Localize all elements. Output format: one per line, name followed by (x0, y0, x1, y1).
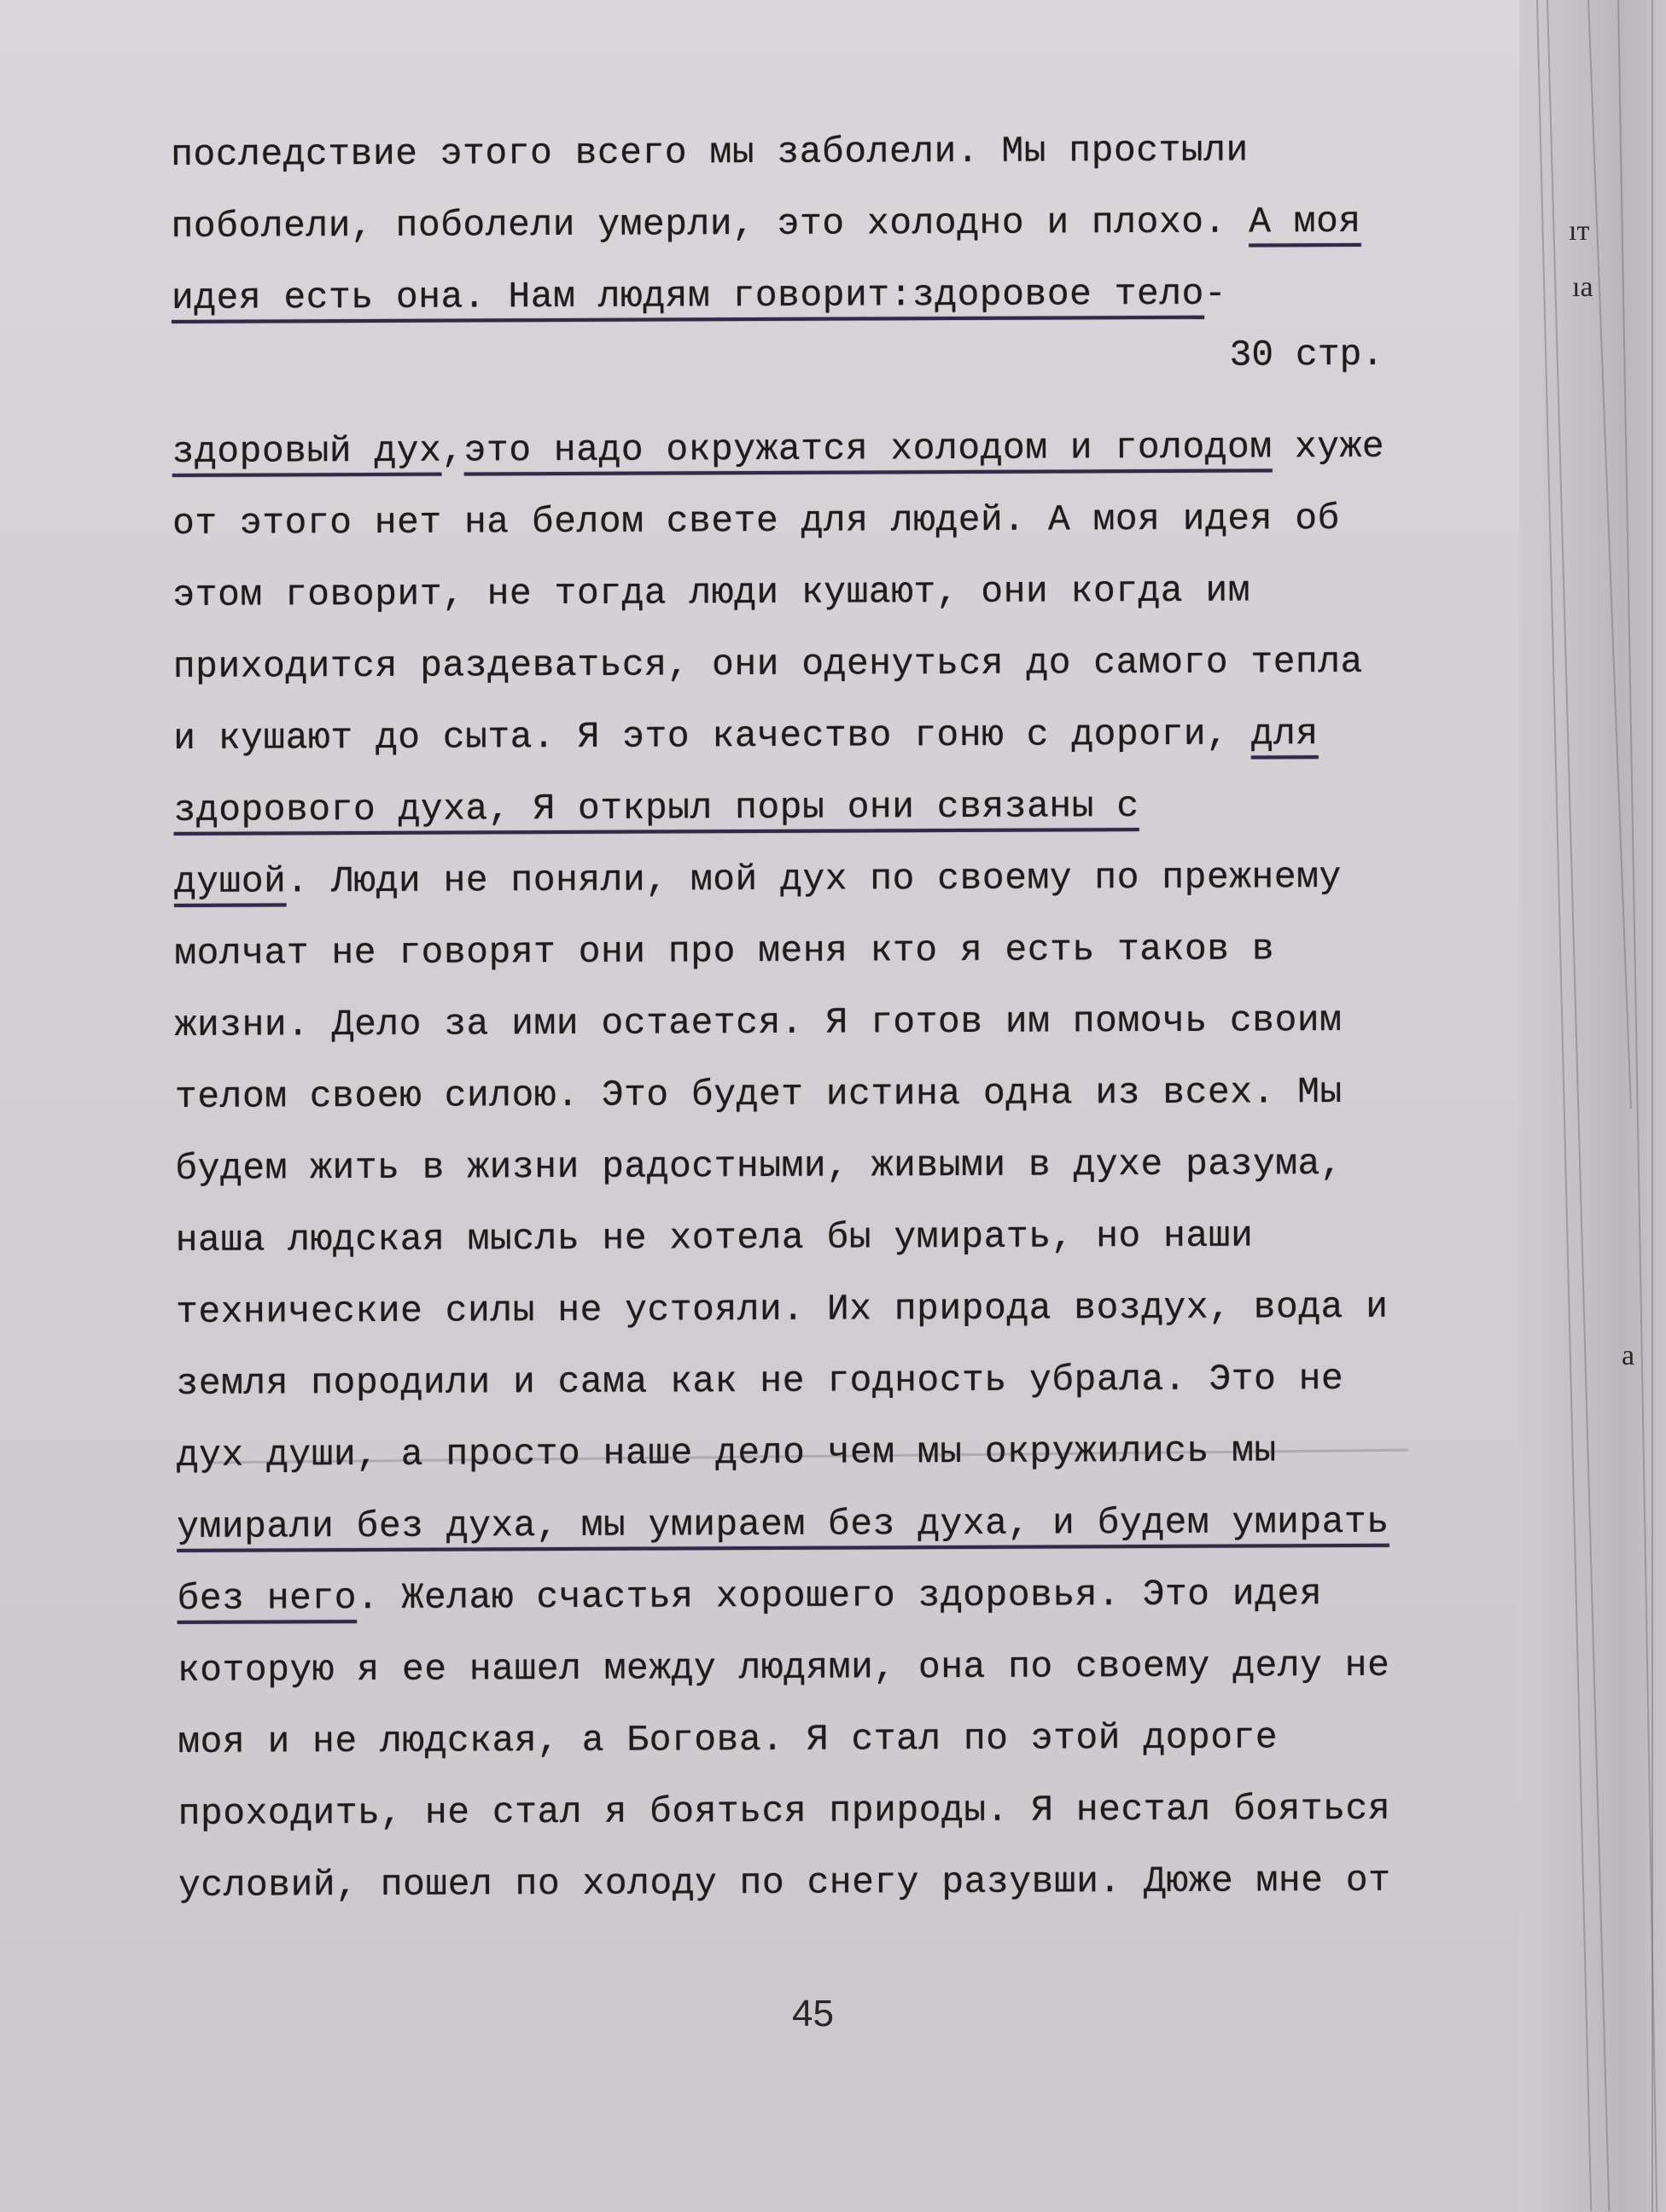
text-segment: земля породили и сама как не годность уб… (176, 1358, 1343, 1405)
text-segment: жизни. Дело за ими остается. Я готов им … (175, 999, 1343, 1046)
underlined-text: идея есть она. Нам людям говорит:здорово… (172, 273, 1204, 319)
underlined-text: А моя (1249, 201, 1361, 243)
text-segment: поболели, поболели умерли, это холодно и… (171, 201, 1249, 247)
text-segment: технические силы не устояли. Их природа … (176, 1286, 1389, 1333)
text-line: поболели, поболели умерли, это холодно и… (171, 185, 1536, 263)
text-line: наша людская мысль не хотела бы умирать,… (176, 1199, 1541, 1277)
text-line: идея есть она. Нам людям говорит:здорово… (172, 257, 1537, 335)
underlined-text: это надо окружатся холодом и голодом (464, 426, 1273, 471)
page-label: 30 стр. (172, 329, 1537, 386)
text-line: этом говорит, не тогда люди кушают, они … (172, 554, 1538, 632)
underlined-text: для (1251, 713, 1319, 754)
text-line: приходится раздеваться, они оденуться до… (173, 626, 1539, 703)
text-line: земля породили и сама как не годность уб… (176, 1342, 1541, 1420)
text-line: умирали без духа, мы умираем без духа, и… (177, 1486, 1542, 1563)
underlined-text: душой (174, 860, 287, 903)
text-segment: этом говорит, не тогда люди кушают, они … (172, 569, 1250, 616)
document-body: последствие этого всего мы заболели. Мы … (171, 114, 1544, 1922)
underlined-text: умирали без духа, мы умираем без духа, и… (177, 1501, 1389, 1548)
text-line: проходить, не стал я бояться природы. Я … (178, 1773, 1543, 1850)
text-segment: . Желаю счастья хорошего здоровья. Это и… (357, 1573, 1322, 1619)
text-segment: наша людская мысль не хотела бы умирать,… (176, 1214, 1254, 1261)
text-line: жизни. Дело за ими остается. Я готов им … (174, 984, 1540, 1062)
text-segment: от этого нет на белом свете для людей. А… (172, 498, 1340, 544)
page-edge-line (1651, 0, 1653, 2212)
text-segment: дух души, а просто наше дело чем мы окру… (177, 1429, 1277, 1476)
text-line: без него. Желаю счастья хорошего здоровь… (177, 1557, 1542, 1635)
text-segment: . Люди не поняли, мой дух по своему по п… (286, 856, 1342, 902)
adjacent-page-fragment: а (1622, 1340, 1634, 1372)
text-line: здорового духа, Я открыл поры они связан… (173, 769, 1539, 847)
text-line: последствие этого всего мы заболели. Мы … (171, 114, 1536, 191)
text-segment: приходится раздеваться, они оденуться до… (173, 641, 1363, 688)
text-line: здоровый дух,это надо окружатся холодом … (172, 410, 1538, 488)
text-line: душой. Люди не поняли, мой дух по своему… (174, 841, 1540, 918)
text-segment: телом своею силою. Это будет истина одна… (175, 1071, 1343, 1118)
text-segment: - (1204, 273, 1227, 315)
text-line: будем жить в жизни радостными, живыми в … (175, 1127, 1541, 1205)
adjacent-page-fragment: ıa (1572, 271, 1593, 304)
text-line: телом своею силою. Это будет истина одна… (175, 1056, 1541, 1133)
text-segment: и кушают до сыта. Я это качество гоню с … (173, 713, 1251, 760)
text-segment: которую я ее нашел между людями, она по … (178, 1644, 1390, 1691)
text-segment: условий, пошел по холоду по снегу разувш… (178, 1860, 1391, 1906)
text-line: условий, пошел по холоду по снегу разувш… (178, 1844, 1544, 1922)
text-line: молчат не говорят они про меня кто я ест… (174, 912, 1540, 990)
underlined-text: без него (177, 1577, 357, 1620)
page-number: 45 (792, 1993, 834, 2035)
text-line: технические силы не устояли. Их природа … (176, 1271, 1541, 1348)
text-segment: будем жить в жизни радостными, живыми в … (175, 1143, 1343, 1190)
text-segment: проходить, не стал я бояться природы. Я … (178, 1788, 1391, 1835)
underlined-text: здорового духа, Я открыл поры они связан… (173, 785, 1139, 831)
text-segment: , (441, 430, 464, 472)
text-line: которую я ее нашел между людями, она по … (178, 1629, 1543, 1707)
text-segment: хуже (1273, 426, 1385, 469)
text-line: дух души, а просто наше дело чем мы окру… (177, 1414, 1542, 1492)
text-line: от этого нет на белом свете для людей. А… (172, 482, 1538, 560)
text-line: и кушают до сыта. Я это качество гоню с … (173, 697, 1539, 775)
underlined-text: здоровый дух (172, 430, 442, 473)
text-segment: моя и не людская, а Богова. Я стал по эт… (178, 1716, 1278, 1763)
text-segment: последствие этого всего мы заболели. Мы … (171, 129, 1249, 176)
text-segment: молчат не говорят они про меня кто я ест… (174, 928, 1274, 975)
adjacent-page-fragment: ıт (1569, 215, 1589, 247)
text-line: моя и не людская, а Богова. Я стал по эт… (178, 1701, 1543, 1778)
